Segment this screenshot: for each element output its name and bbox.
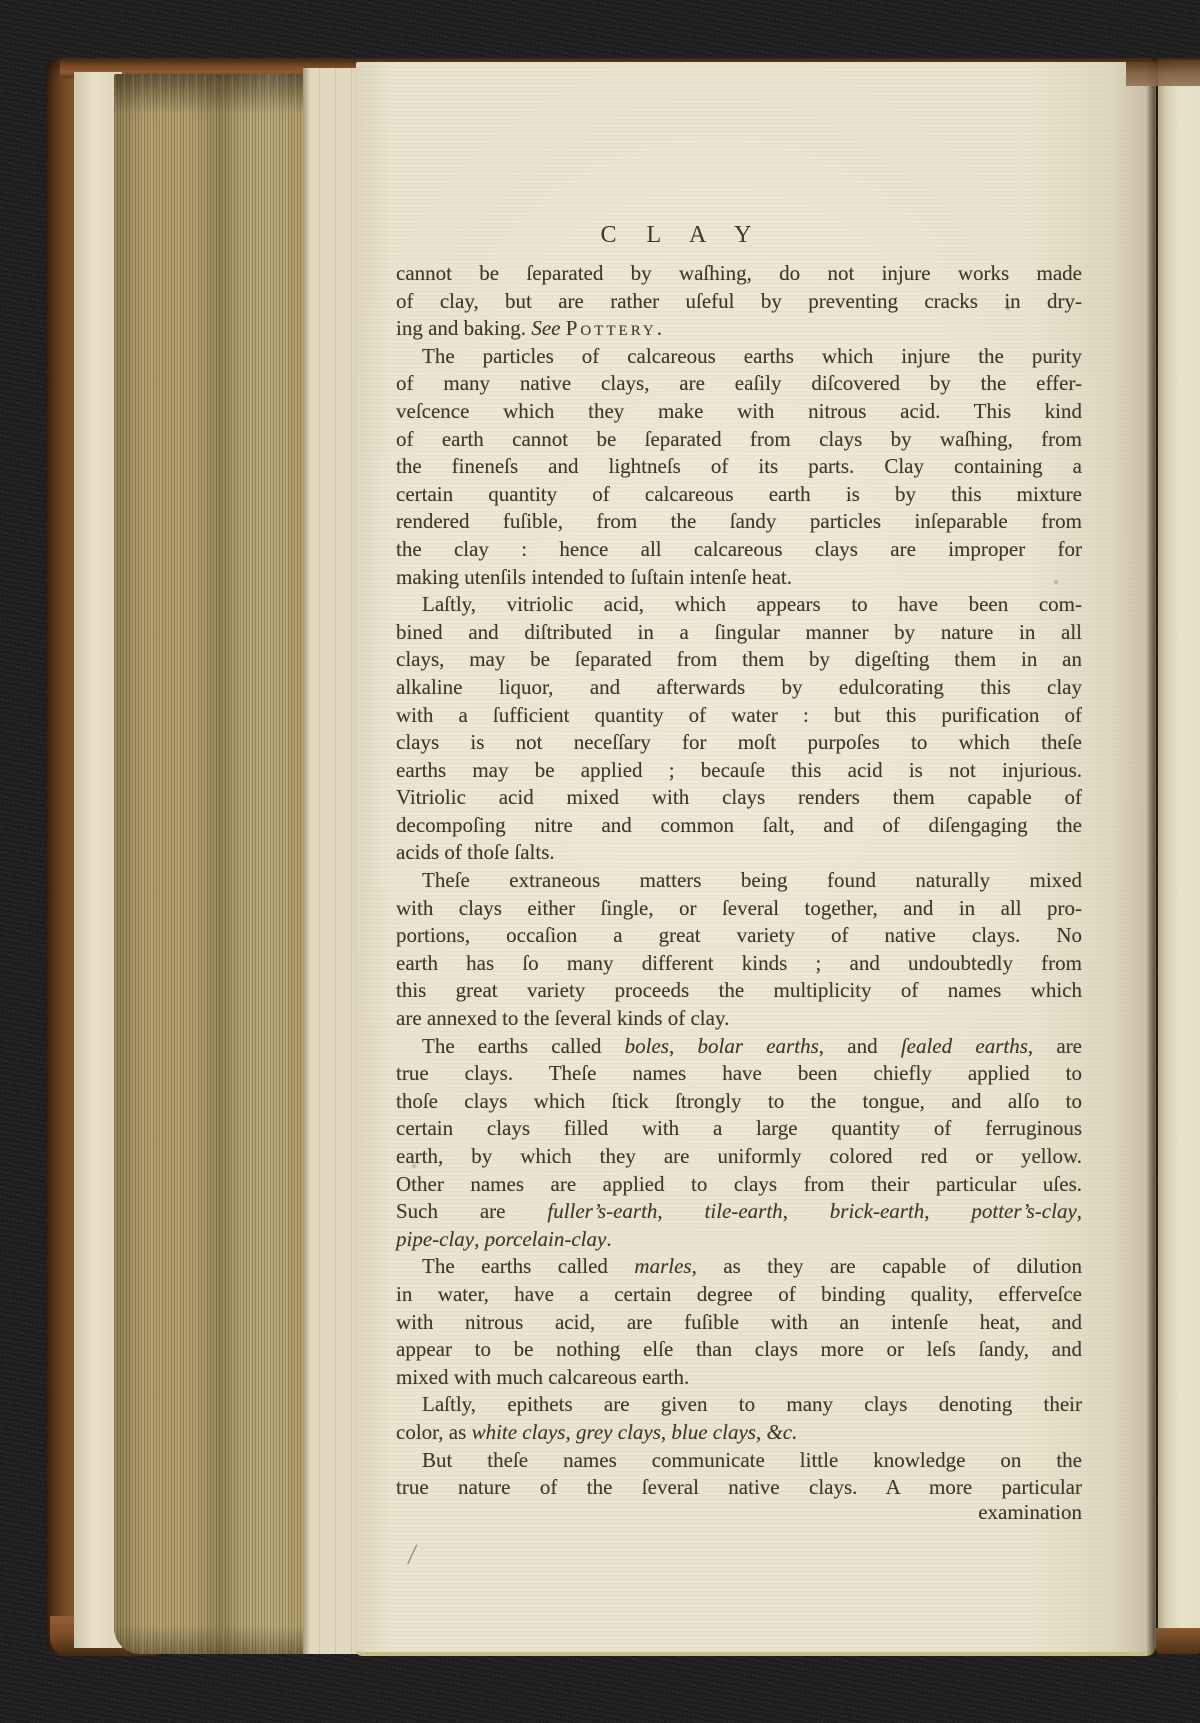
- text-line: mixed with much calcareous earth.: [396, 1364, 1082, 1392]
- text-line: Other names are applied to clays from th…: [396, 1171, 1082, 1199]
- text-line: decompoſing nitre and common ſalt, and o…: [396, 812, 1082, 840]
- text-line: cannot be ſeparated by waſhing, do not i…: [396, 260, 1082, 288]
- text-line: The particles of calcareous earths which…: [396, 343, 1082, 371]
- paragraph: cannot be ſeparated by waſhing, do not i…: [396, 260, 1082, 343]
- pen-mark: /: [406, 1538, 418, 1573]
- page-text: cannot be ſeparated by waſhing, do not i…: [396, 260, 1082, 1502]
- text-line: of earth cannot be ſeparated from clays …: [396, 426, 1082, 454]
- text-line: true nature of the ſeveral native clays.…: [396, 1474, 1082, 1502]
- text-line: Vitriolic acid mixed with clays renders …: [396, 784, 1082, 812]
- text-line: earth has ſo many different kinds ; and …: [396, 950, 1082, 978]
- text-line: bined and diſtributed in a ſingular mann…: [396, 619, 1082, 647]
- text-line: this great variety proceeds the multipli…: [396, 977, 1082, 1005]
- paragraph: Theſe extraneous matters being found nat…: [396, 867, 1082, 1033]
- text-line: Theſe extraneous matters being found nat…: [396, 867, 1082, 895]
- text-line: Such are fuller’s-earth, tile-earth, bri…: [396, 1198, 1082, 1226]
- text-line: alkaline liquor, and afterwards by edulc…: [396, 674, 1082, 702]
- text-line: with nitrous acid, are fuſible with an i…: [396, 1309, 1082, 1337]
- text-line: appear to be nothing elſe than clays mor…: [396, 1336, 1082, 1364]
- paragraph: But theſe names communicate little knowl…: [396, 1447, 1082, 1502]
- text-line: in water, have a certain degree of bindi…: [396, 1281, 1082, 1309]
- paragraph: Laſtly, vitriolic acid, which appears to…: [396, 591, 1082, 867]
- under-page-edges: [303, 68, 363, 1654]
- text-line: color, as white clays, grey clays, blue …: [396, 1419, 1082, 1447]
- text-line: the clay : hence all calcareous clays ar…: [396, 536, 1082, 564]
- text-line: Laſtly, vitriolic acid, which appears to…: [396, 591, 1082, 619]
- text-line: portions, occaſion a great variety of na…: [396, 922, 1082, 950]
- paragraph: The earths called boles, bolar earths, a…: [396, 1033, 1082, 1254]
- text-line: making utenſils intended to ſuſtain inte…: [396, 564, 1082, 592]
- facing-page-sliver: [1158, 60, 1200, 1640]
- text-line: ing and baking. See Pottery.: [396, 315, 1082, 343]
- text-line: acids of thoſe ſalts.: [396, 839, 1082, 867]
- text-line: of clay, but are rather uſeful by preven…: [396, 288, 1082, 316]
- facing-cover-corner: [1156, 1628, 1200, 1654]
- text-line: Laſtly, epithets are given to many clays…: [396, 1391, 1082, 1419]
- text-line: of many native clays, are eaſily diſcove…: [396, 370, 1082, 398]
- page-block-fore-edge: [114, 74, 310, 1654]
- paragraph: The earths called marles, as they are ca…: [396, 1253, 1082, 1391]
- photo-of-book-page: C L A Y cannot be ſeparated by waſhing, …: [0, 0, 1200, 1723]
- text-line: are annexed to the ſeveral kinds of clay…: [396, 1005, 1082, 1033]
- text-line: But theſe names communicate little knowl…: [396, 1447, 1082, 1475]
- text-line: with clays either ſingle, or ſeveral tog…: [396, 895, 1082, 923]
- text-line: thoſe clays which ſtick ſtrongly to the …: [396, 1088, 1082, 1116]
- paragraph: The particles of calcareous earths which…: [396, 343, 1082, 591]
- book-page: C L A Y cannot be ſeparated by waſhing, …: [356, 62, 1156, 1656]
- text-line: pipe-clay, porcelain-clay.: [396, 1226, 1082, 1254]
- text-line: The earths called boles, bolar earths, a…: [396, 1033, 1082, 1061]
- page-header: C L A Y: [601, 222, 764, 249]
- text-line: true clays. Theſe names have been chiefl…: [396, 1060, 1082, 1088]
- headband: [1126, 60, 1200, 86]
- text-line: certain clays filled with a large quanti…: [396, 1115, 1082, 1143]
- text-line: clays is not neceſſary for moſt purpoſes…: [396, 729, 1082, 757]
- text-line: earth, by which they are uniformly color…: [396, 1143, 1082, 1171]
- text-line: clays, may be ſeparated from them by dig…: [396, 646, 1082, 674]
- text-line: earths may be applied ; becauſe this aci…: [396, 757, 1082, 785]
- text-line: with a ſufficient quantity of water : bu…: [396, 702, 1082, 730]
- text-line: veſcence which they make with nitrous ac…: [396, 398, 1082, 426]
- text-line: the fineneſs and lightneſs of its parts.…: [396, 453, 1082, 481]
- text-line: certain quantity of calcareous earth is …: [396, 481, 1082, 509]
- paragraph: Laſtly, epithets are given to many clays…: [396, 1391, 1082, 1446]
- text-line: rendered fuſible, from the ſandy particl…: [396, 508, 1082, 536]
- catchword: examination: [978, 1500, 1082, 1525]
- text-line: The earths called marles, as they are ca…: [396, 1253, 1082, 1281]
